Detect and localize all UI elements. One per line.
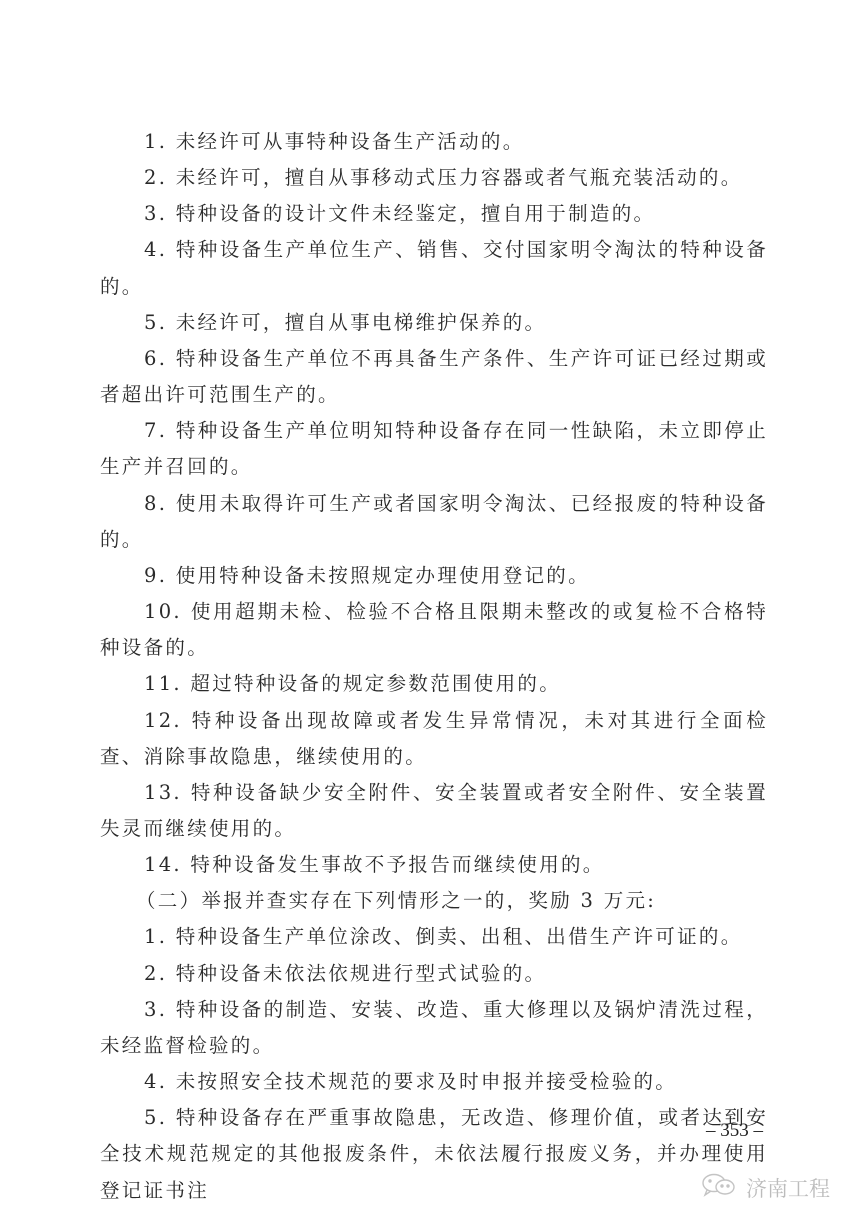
watermark: 济南工程 <box>700 1172 830 1203</box>
list-item: 1. 未经许可从事特种设备生产活动的。 <box>100 124 768 160</box>
list-item: 7. 特种设备生产单位明知特种设备存在同一性缺陷，未立即停止生产并召回的。 <box>100 413 768 485</box>
list-item: 3. 特种设备的制造、安装、改造、重大修理以及锅炉清洗过程，未经监督检验的。 <box>100 992 768 1064</box>
wechat-icon <box>700 1172 740 1203</box>
list-item: 5. 特种设备存在严重事故隐患，无改造、修理价值，或者达到安全技术规范规定的其他… <box>100 1100 768 1208</box>
list-item: 9. 使用特种设备未按照规定办理使用登记的。 <box>100 558 768 594</box>
document-body: 1. 未经许可从事特种设备生产活动的。 2. 未经许可，擅自从事移动式压力容器或… <box>100 124 768 1209</box>
list-item: 13. 特种设备缺少安全附件、安全装置或者安全附件、安全装置失灵而继续使用的。 <box>100 775 768 847</box>
list-item: 4. 特种设备生产单位生产、销售、交付国家明令淘汰的特种设备的。 <box>100 232 768 304</box>
list-item: 8. 使用未取得许可生产或者国家明令淘汰、已经报废的特种设备的。 <box>100 486 768 558</box>
list-item: 6. 特种设备生产单位不再具备生产条件、生产许可证已经过期或者超出许可范围生产的… <box>100 341 768 413</box>
page-number: – 353 – <box>706 1120 763 1142</box>
list-item: 14. 特种设备发生事故不予报告而继续使用的。 <box>100 847 768 883</box>
section-heading: （二）举报并查实存在下列情形之一的，奖励 3 万元: <box>100 883 768 919</box>
list-item: 11. 超过特种设备的规定参数范围使用的。 <box>100 666 768 702</box>
list-item: 2. 未经许可，擅自从事移动式压力容器或者气瓶充装活动的。 <box>100 160 768 196</box>
list-item: 1. 特种设备生产单位涂改、倒卖、出租、出借生产许可证的。 <box>100 919 768 955</box>
list-item: 4. 未按照安全技术规范的要求及时申报并接受检验的。 <box>100 1064 768 1100</box>
list-item: 3. 特种设备的设计文件未经鉴定，擅自用于制造的。 <box>100 196 768 232</box>
watermark-text: 济南工程 <box>746 1173 830 1203</box>
list-item: 2. 特种设备未依法依规进行型式试验的。 <box>100 956 768 992</box>
list-item: 12. 特种设备出现故障或者发生异常情况，未对其进行全面检查、消除事故隐患，继续… <box>100 703 768 775</box>
list-item: 10. 使用超期未检、检验不合格且限期未整改的或复检不合格特种设备的。 <box>100 594 768 666</box>
list-item: 5. 未经许可，擅自从事电梯维护保养的。 <box>100 305 768 341</box>
